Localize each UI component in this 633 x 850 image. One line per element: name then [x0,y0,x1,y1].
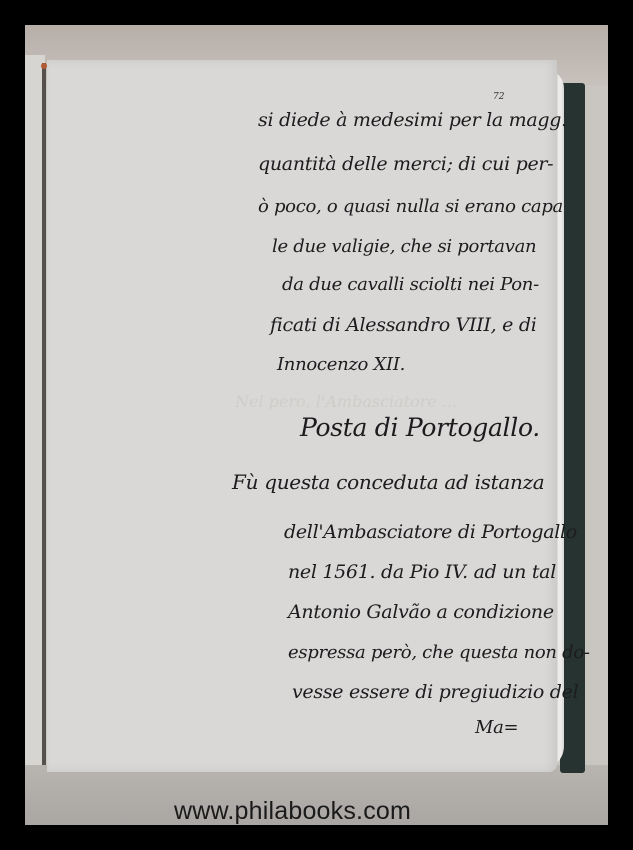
manuscript-line: Antonio Galvão a condizione [288,601,554,623]
page-number: 72 [493,92,504,102]
manuscript-line: ficati di Alessandro VIII, e di [270,314,536,336]
manuscript-line: da due cavalli sciolti nei Pon- [282,274,539,295]
manuscript-line: espressa però, che questa non do- [288,642,590,663]
bleed-through-text: Nel pero, l'Ambasciatore ... [235,392,457,411]
manuscript-line: Fù questa conceduta ad istanza [232,470,544,494]
manuscript-line: Innocenzo XII. [277,354,405,375]
watermark: www.philabooks.com [174,797,411,826]
manuscript-line: ò poco, o quasi nulla si erano capa [258,196,563,217]
manuscript-line: vesse essere di pregiudizio del [292,681,578,703]
manuscript-line: quantità delle merci; di cui per- [258,153,553,175]
manuscript-line: le due valigie, che si portavan [272,236,536,257]
manuscript-line: Ma= [475,717,518,738]
section-heading: Posta di Portogallo. [300,413,540,442]
manuscript-line: si diede à medesimi per la magg. [258,109,567,131]
manuscript-line: nel 1561. da Pio IV. ad un tal [288,561,556,583]
book-gutter [42,63,46,783]
manuscript-line: dell'Ambasciatore di Portogallo [284,521,577,543]
